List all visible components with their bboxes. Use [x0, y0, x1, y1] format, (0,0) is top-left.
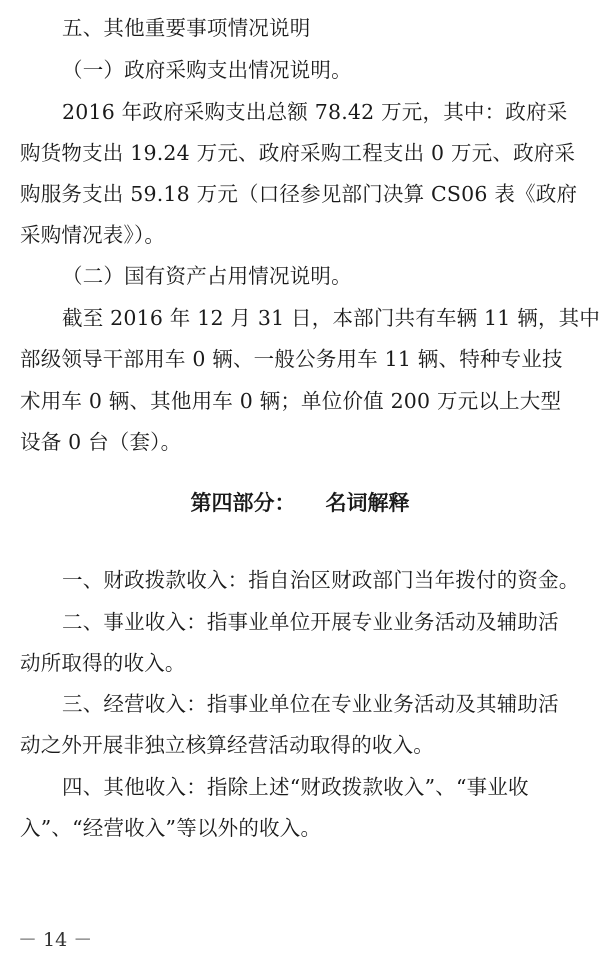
page-number: － 14 －: [18, 928, 92, 952]
heading-title: 名词解释: [326, 491, 410, 515]
term-line: 二、事业收入：指事业单位开展专业业务活动及辅助活: [62, 609, 560, 635]
heading-part-label: 第四部分：: [191, 491, 296, 515]
subsection-procurement-title: （一）政府采购支出情况说明。: [62, 57, 560, 83]
paragraph-line: 2016 年政府采购支出总额 78.42 万元，其中：政府采: [62, 99, 560, 125]
paragraph-line: 术用车 0 辆、其他用车 0 辆；单位价值 200 万元以上大型: [20, 388, 560, 414]
paragraph-line: 设备 0 台（套）。: [20, 429, 560, 455]
paragraph-line: 购货物支出 19.24 万元、政府采购工程支出 0 万元、政府采: [20, 140, 560, 166]
term-line: 入”、“经营收入”等以外的收入。: [20, 815, 560, 841]
paragraph-line: 购服务支出 59.18 万元（口径参见部门决算 CS06 表《政府: [20, 181, 560, 207]
part-four-heading: 第四部分：名词解释: [0, 490, 600, 516]
term-line: 动所取得的收入。: [20, 650, 560, 676]
section-five-title: 五、其他重要事项情况说明: [62, 15, 560, 41]
term-line: 三、经营收入：指事业单位在专业业务活动及其辅助活: [62, 691, 560, 717]
subsection-assets-title: （二）国有资产占用情况说明。: [62, 263, 560, 289]
term-line: 四、其他收入：指除上述“财政拨款收入”、“事业收: [62, 774, 560, 800]
paragraph-line: 截至 2016 年 12 月 31 日，本部门共有车辆 11 辆，其中，: [62, 305, 560, 331]
paragraph-line: 部级领导干部用车 0 辆、一般公务用车 11 辆、特种专业技: [20, 346, 560, 372]
term-line: 动之外开展非独立核算经营活动取得的收入。: [20, 732, 560, 758]
paragraph-line: 采购情况表》）。: [20, 222, 560, 248]
term-line: 一、财政拨款收入：指自治区财政部门当年拨付的资金。: [62, 567, 560, 593]
